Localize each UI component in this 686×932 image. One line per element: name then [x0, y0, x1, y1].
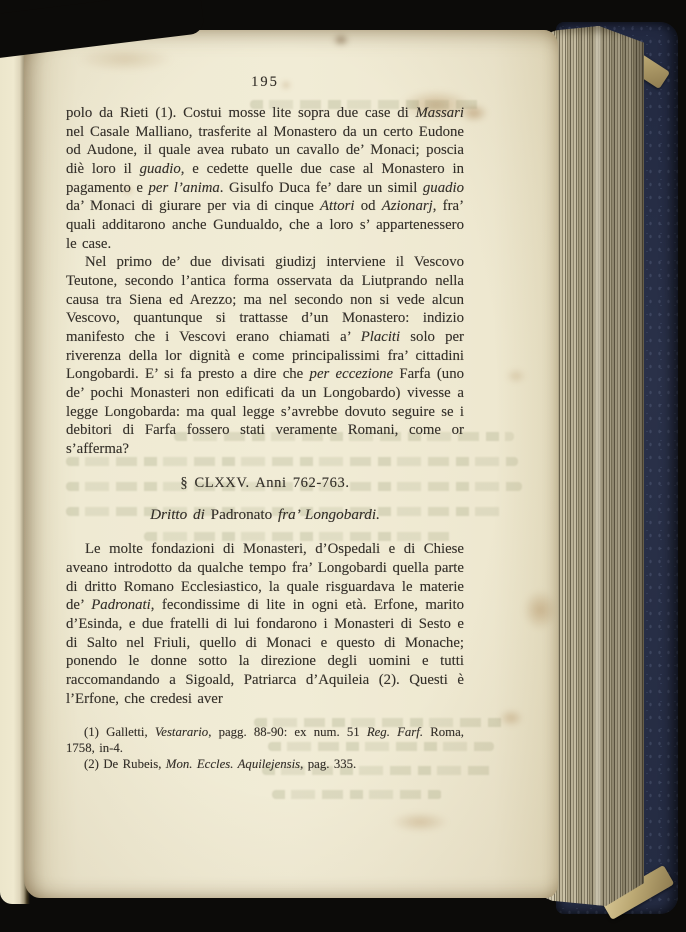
paragraph: Le molte fondazioni di Monasteri, d’Ospe…: [66, 540, 464, 708]
page-number: 195: [66, 74, 464, 91]
text-column: 195 polo da Rieti (1). Costui mosse lite…: [66, 74, 464, 772]
body-text: polo da Rieti (1). Costui mosse lite sop…: [66, 104, 464, 708]
ghost-text-showthrough: [272, 790, 442, 799]
section-subheading: Dritto di Padronato fra’ Longobardi.: [66, 506, 464, 524]
foxing-stain: [380, 808, 460, 836]
section-heading: § CLXXV. Anni 762-763.: [66, 475, 464, 492]
foxing-stain: [494, 706, 528, 730]
foxing-stain: [502, 366, 530, 386]
foxing-stain: [516, 582, 564, 638]
foxing-stain: [330, 32, 352, 48]
book-page: 195 polo da Rieti (1). Costui mosse lite…: [24, 30, 558, 898]
fore-edge-pages: [544, 26, 644, 906]
paragraph: Nel primo de’ due divisati giudizj inter…: [66, 253, 464, 458]
book-photo-scan: 195 polo da Rieti (1). Costui mosse lite…: [0, 0, 686, 932]
footnote: (2) De Rubeis, Mon. Eccles. Aquilejensis…: [66, 757, 464, 773]
paragraph: polo da Rieti (1). Costui mosse lite sop…: [66, 104, 464, 253]
footnotes: (1) Galletti, Vestarario, pagg. 88-90: e…: [66, 725, 464, 772]
footnote: (1) Galletti, Vestarario, pagg. 88-90: e…: [66, 725, 464, 756]
